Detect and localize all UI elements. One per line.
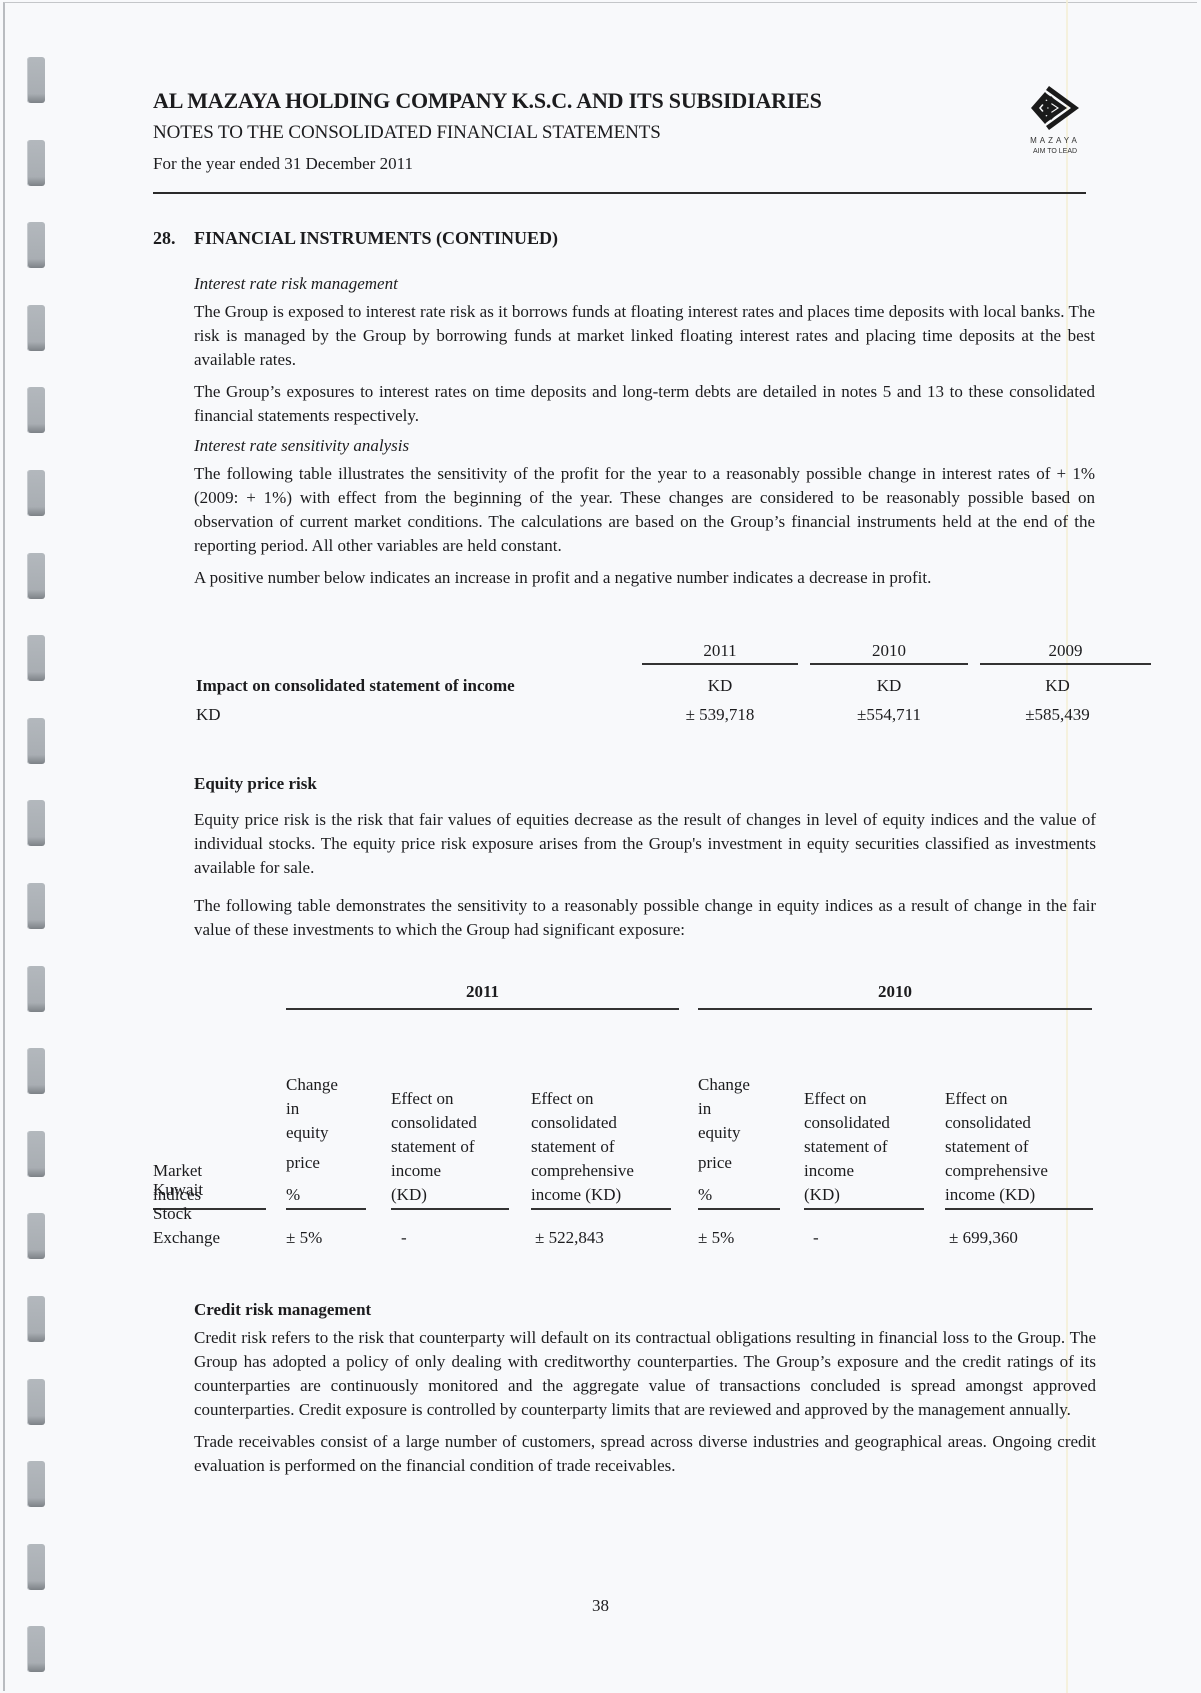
header-line: statement of [391, 1135, 509, 1159]
year-header: 2011 [642, 641, 798, 665]
section-number: 28. [153, 226, 194, 250]
year-header: 2009 [980, 641, 1151, 665]
binding-hole [27, 718, 45, 764]
value-cell: ±585,439 [980, 705, 1135, 725]
logo-name: MAZAYA [1010, 136, 1100, 145]
header-line: comprehensive [531, 1159, 671, 1183]
unit-cell: KD [810, 676, 968, 696]
market-line: Exchange [153, 1226, 266, 1250]
header-rule [153, 192, 1086, 194]
binding-hole [27, 883, 45, 929]
document-header: AL MAZAYA HOLDING COMPANY K.S.C. AND ITS… [153, 88, 1083, 174]
column-header: Change in equity price % [286, 1020, 366, 1210]
section-title: 28. FINANCIAL INSTRUMENTS (CONTINUED) [153, 226, 1095, 250]
binding-hole [27, 1379, 45, 1425]
change-cell: ± 5% [286, 1226, 322, 1250]
market-line: Kuwait [153, 1178, 266, 1202]
header-line: income [391, 1159, 509, 1183]
table-row: Impact on consolidated statement of inco… [196, 676, 1106, 705]
binding-hole [27, 387, 45, 433]
binding-hole [27, 1048, 45, 1094]
header-line: equity [698, 1121, 780, 1145]
binding-hole [27, 1296, 45, 1342]
binding-hole [27, 1213, 45, 1259]
header-line: equity [286, 1121, 366, 1145]
header-line: (KD) [804, 1183, 924, 1207]
header-line: consolidated [804, 1111, 924, 1135]
sensitivity-paragraph: The following table illustrates the sens… [194, 462, 1095, 558]
notes-title: NOTES TO THE CONSOLIDATED FINANCIAL STAT… [153, 122, 1083, 144]
binding-hole [27, 305, 45, 351]
value-cell: ±554,711 [810, 705, 968, 725]
credit-paragraph: Trade receivables consist of a large num… [194, 1430, 1096, 1478]
equity-paragraph: The following table demonstrates the sen… [194, 894, 1096, 942]
equity-heading: Equity price risk [194, 772, 1096, 796]
binding-hole [27, 140, 45, 186]
table-row: KD ± 539,718 ±554,711 ±585,439 [196, 705, 1106, 734]
binding-holes [27, 0, 47, 1693]
binding-hole [27, 1544, 45, 1590]
binding-hole [27, 1626, 45, 1672]
header-line: Change [698, 1073, 780, 1097]
header-line: in [698, 1097, 780, 1121]
unit-cell: KD [980, 676, 1135, 696]
unit-cell: KD [642, 676, 798, 696]
page-number: 38 [0, 1596, 1201, 1616]
column-header: Effect on consolidated statement of comp… [945, 1020, 1093, 1210]
binding-hole [27, 553, 45, 599]
header-line: consolidated [391, 1111, 509, 1135]
binding-hole [27, 1461, 45, 1507]
comprehensive-cell: ± 522,843 [535, 1226, 604, 1250]
credit-paragraph: Credit risk refers to the risk that coun… [194, 1326, 1096, 1422]
sensitivity-paragraph: A positive number below indicates an inc… [194, 566, 1095, 590]
year-group-header: 2011 [286, 980, 679, 1010]
header-line: statement of [531, 1135, 671, 1159]
binding-hole [27, 800, 45, 846]
interest-rate-paragraph: The Group is exposed to interest rate ri… [194, 300, 1095, 372]
market-line: Stock [153, 1202, 266, 1226]
header-line: income (KD) [531, 1183, 671, 1207]
year-group-header: 2010 [698, 980, 1092, 1010]
column-header: Effect on consolidated statement of inco… [804, 1020, 924, 1210]
header-line: % [698, 1183, 780, 1207]
value-cell: ± 539,718 [642, 705, 798, 725]
credit-heading: Credit risk management [194, 1298, 1096, 1322]
binding-hole [27, 57, 45, 103]
binding-hole [27, 1131, 45, 1177]
equity-section: Equity price risk Equity price risk is t… [194, 772, 1096, 942]
header-line: consolidated [531, 1111, 671, 1135]
section-heading: FINANCIAL INSTRUMENTS (CONTINUED) [194, 226, 558, 250]
header-line: price [698, 1151, 780, 1175]
change-cell: ± 5% [698, 1226, 734, 1250]
comprehensive-cell: ± 699,360 [949, 1226, 1018, 1250]
header-line: Effect on [945, 1087, 1093, 1111]
header-line: income (KD) [945, 1183, 1093, 1207]
binding-hole [27, 470, 45, 516]
header-line: comprehensive [945, 1159, 1093, 1183]
header-line: statement of [804, 1135, 924, 1159]
column-header: Effect on consolidated statement of inco… [391, 1020, 509, 1210]
column-header: Effect on consolidated statement of comp… [531, 1020, 671, 1210]
header-line: statement of [945, 1135, 1093, 1159]
interest-rate-heading: Interest rate risk management [194, 272, 1095, 296]
logo-tagline: AIM TO LEAD [1010, 148, 1100, 155]
row-label: KD [196, 705, 221, 725]
binding-hole [27, 966, 45, 1012]
header-line: Effect on [391, 1087, 509, 1111]
market-cell: Kuwait Stock Exchange [153, 1178, 266, 1250]
header-line: Effect on [804, 1087, 924, 1111]
income-cell: - [401, 1226, 407, 1250]
header-line: Effect on [531, 1087, 671, 1111]
header-line: income [804, 1159, 924, 1183]
sensitivity-heading: Interest rate sensitivity analysis [194, 434, 1095, 458]
header-line: (KD) [391, 1183, 509, 1207]
header-line: in [286, 1097, 366, 1121]
credit-section: Credit risk management Credit risk refer… [194, 1298, 1096, 1478]
binding-hole [27, 635, 45, 681]
row-label: Impact on consolidated statement of inco… [196, 676, 515, 696]
table-header-row: 2011 2010 2009 [196, 641, 1106, 670]
header-line: price [286, 1151, 366, 1175]
main-content: 28. FINANCIAL INSTRUMENTS (CONTINUED) In… [153, 226, 1095, 590]
mazaya-chevron-logo-icon [1027, 82, 1083, 134]
column-header: Change in equity price % [698, 1020, 780, 1210]
binding-hole [27, 222, 45, 268]
year-header: 2010 [810, 641, 968, 665]
header-line: Change [286, 1073, 366, 1097]
interest-sensitivity-table: 2011 2010 2009 Impact on consolidated st… [196, 641, 1106, 734]
equity-paragraph: Equity price risk is the risk that fair … [194, 808, 1096, 880]
income-cell: - [813, 1226, 819, 1250]
interest-rate-paragraph: The Group’s exposures to interest rates … [194, 380, 1095, 428]
company-logo: MAZAYA AIM TO LEAD [1010, 82, 1100, 155]
header-line: % [286, 1183, 366, 1207]
header-line: consolidated [945, 1111, 1093, 1135]
reporting-period: For the year ended 31 December 2011 [153, 154, 1083, 174]
company-name: AL MAZAYA HOLDING COMPANY K.S.C. AND ITS… [153, 88, 1083, 114]
